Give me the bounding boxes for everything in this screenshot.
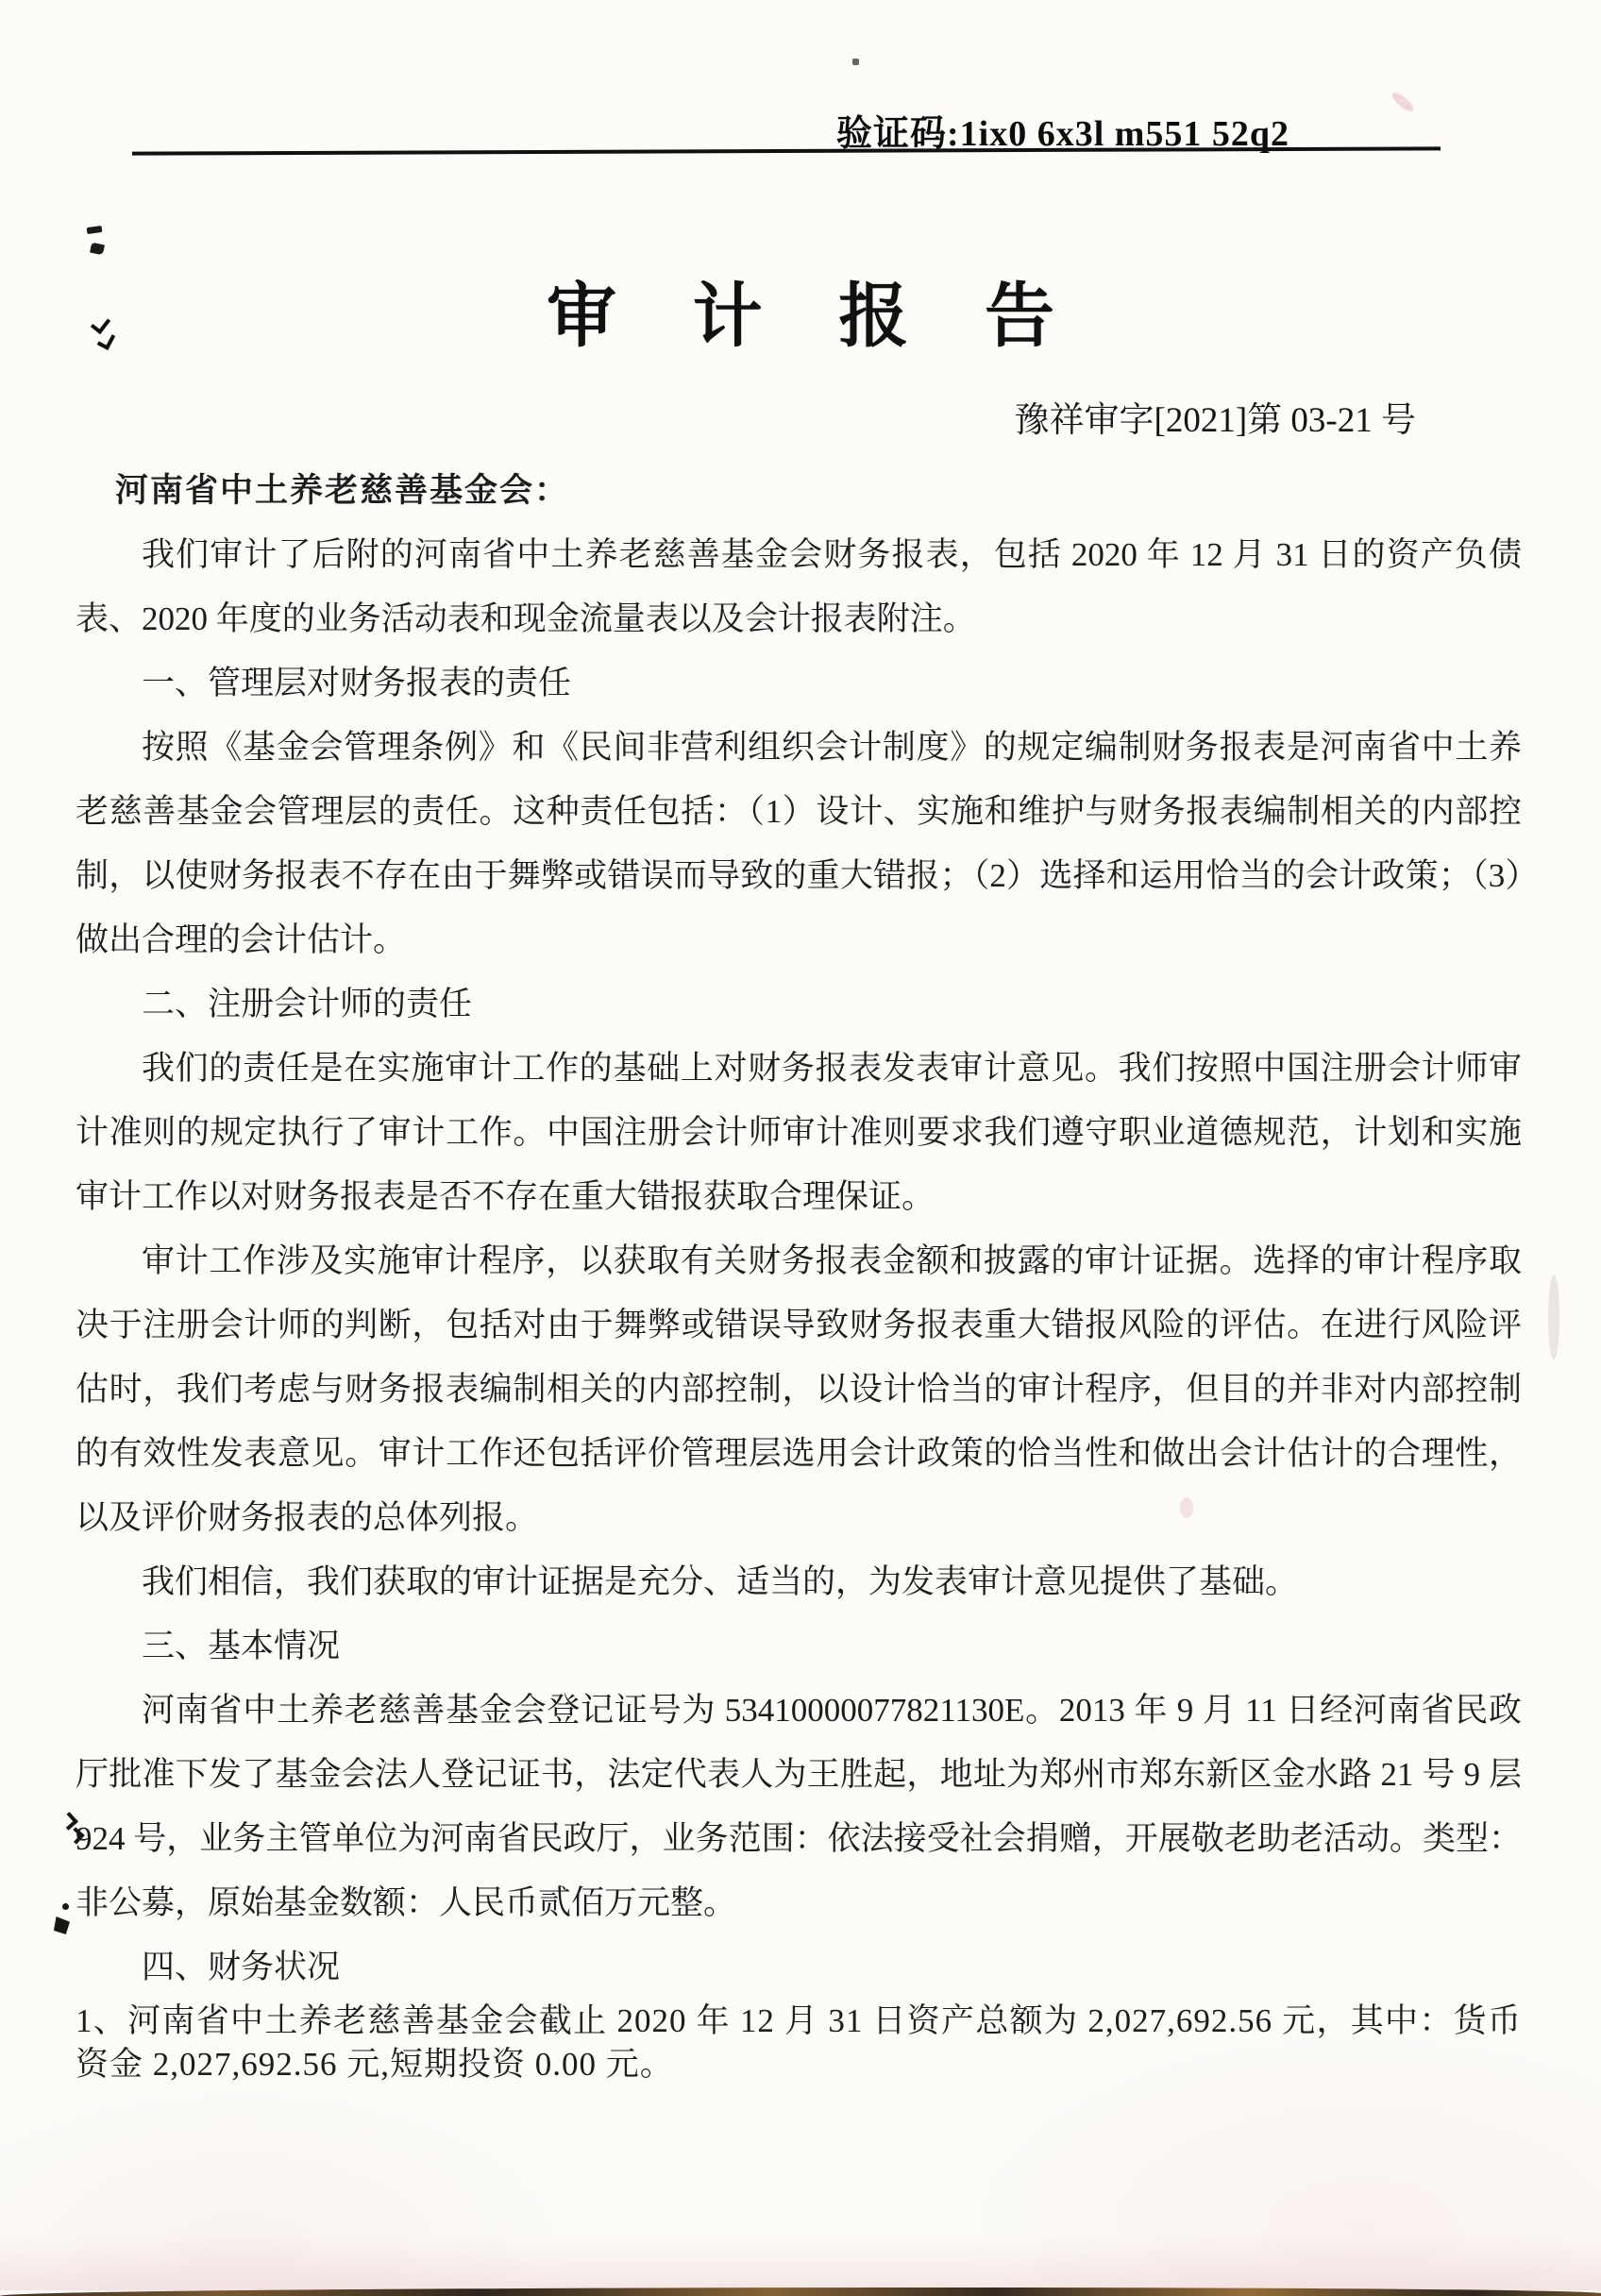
scan-artifact-dot: [852, 59, 859, 65]
paragraph-section-2-3: 我们相信，我们获取的审计证据是充分、适当的，为发表审计意见提供了基础。: [76, 1550, 1522, 1614]
scan-artifact-smudge: [1548, 1275, 1559, 1359]
scan-artifact-pen-mark: [87, 226, 103, 234]
heading-section-2: 二、注册会计师的责任: [76, 972, 1522, 1037]
scan-artifact-ink-blot: [54, 1916, 70, 1934]
heading-section-3: 三、基本情况: [76, 1614, 1522, 1679]
scanned-audit-report-page: 验证码:1ix0 6x3l m551 52q2 审 计 报 告 豫祥审字[202…: [0, 0, 1601, 2296]
heading-section-1: 一、管理层对财务报表的责任: [76, 651, 1522, 716]
paragraph-section-4-item-1: 1、河南省中土养老慈善基金会截止 2020 年 12 月 31 日资产总额为 2…: [76, 2000, 1522, 2086]
paragraph-section-2-1: 我们的责任是在实施审计工作的基础上对财务报表发表审计意见。我们按照中国注册会计师…: [76, 1037, 1522, 1229]
page-title: 审 计 报 告: [0, 261, 1601, 361]
addressee-line: 河南省中土养老慈善基金会：: [115, 459, 1522, 523]
document-reference-number: 豫祥审字[2021]第 03-21 号: [1015, 391, 1416, 442]
paragraph-section-2-2: 审计工作涉及实施审计程序，以获取有关财务报表金额和披露的审计证据。选择的审计程序…: [76, 1229, 1522, 1550]
scan-artifact-ink-blot: [62, 1903, 69, 1910]
report-body: 河南省中土养老慈善基金会： 我们审计了后附的河南省中土养老慈善基金会财务报表，包…: [76, 459, 1522, 2086]
paragraph-intro: 我们审计了后附的河南省中土养老慈善基金会财务报表，包括 2020 年 12 月 …: [76, 523, 1522, 651]
scan-artifact-bottom-haze: [0, 2234, 1601, 2290]
heading-section-4: 四、财务状况: [76, 1935, 1522, 2000]
scan-artifact-smudge: [1390, 90, 1416, 114]
paragraph-section-1: 按照《基金会管理条例》和《民间非营利组织会计制度》的规定编制财务报表是河南省中土…: [76, 716, 1522, 972]
scan-artifact-pen-mark: [90, 243, 105, 256]
paragraph-section-3: 河南省中土养老慈善基金会登记证号为 53410000077821130E。201…: [76, 1679, 1522, 1935]
